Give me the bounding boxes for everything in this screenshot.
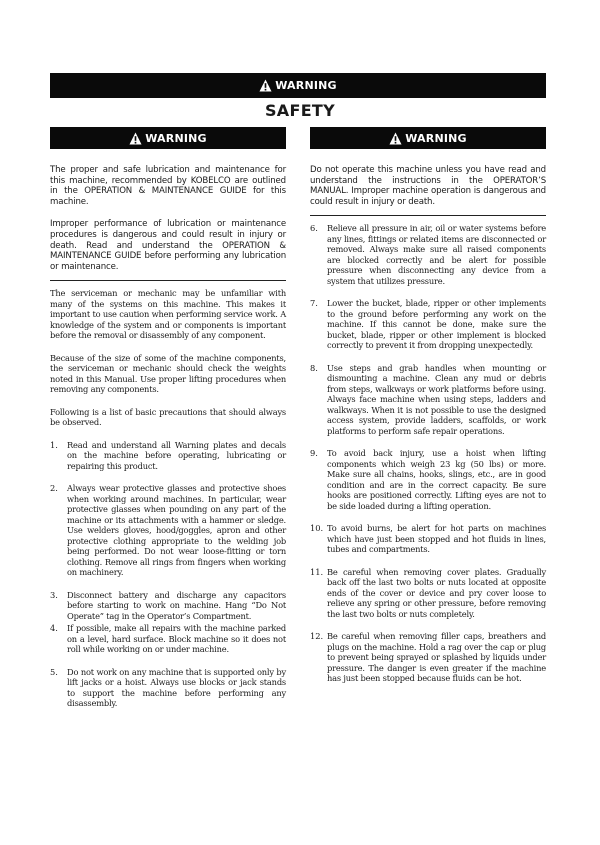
item-text: To avoid burns, be alert for hot parts o… — [327, 523, 546, 555]
precaution-item: 1. Read and understand all Warning plate… — [50, 440, 286, 472]
body-paragraph: Because of the size of some of the machi… — [50, 353, 286, 395]
item-number: 11. — [310, 567, 327, 620]
warning-label: WARNING — [145, 132, 207, 145]
warning-triangle-icon — [129, 132, 142, 145]
body-paragraph: Following is a list of basic precautions… — [50, 407, 286, 428]
precaution-item: 4. If possible, make all repairs with th… — [50, 623, 286, 655]
item-text: Be careful when removing cover plates. G… — [327, 567, 546, 620]
item-number: 8. — [310, 363, 327, 437]
divider — [50, 280, 286, 281]
precaution-item: 11. Be careful when removing cover plate… — [310, 567, 546, 620]
precaution-item: 7. Lower the bucket, blade, ripper or ot… — [310, 298, 546, 351]
warning-triangle-icon — [389, 132, 402, 145]
item-text: Relieve all pressure in air, oil or wate… — [327, 223, 546, 286]
left-column: The proper and safe lubrication and main… — [50, 165, 286, 721]
precaution-item: 10. To avoid burns, be alert for hot par… — [310, 523, 546, 555]
warning-paragraph: Improper performance of lubrication or m… — [50, 219, 286, 272]
item-number: 10. — [310, 523, 327, 555]
warning-paragraph: The proper and safe lubrication and main… — [50, 165, 286, 207]
item-number: 4. — [50, 623, 67, 655]
item-text: If possible, make all repairs with the m… — [67, 623, 286, 655]
warning-paragraph: Do not operate this machine unless you h… — [310, 165, 546, 207]
left-warning-banner: WARNING — [50, 127, 286, 149]
item-text: Be careful when removing filler caps, br… — [327, 631, 546, 684]
precaution-item: 2. Always wear protective glasses and pr… — [50, 483, 286, 578]
item-text: Use steps and grab handles when mounting… — [327, 363, 546, 437]
page-title: SAFETY — [0, 101, 600, 120]
divider — [310, 215, 546, 216]
precaution-item: 6. Relieve all pressure in air, oil or w… — [310, 223, 546, 286]
item-number: 7. — [310, 298, 327, 351]
warning-label: WARNING — [275, 79, 337, 92]
item-text: Always wear protective glasses and prote… — [67, 483, 286, 578]
item-text: Disconnect battery and discharge any cap… — [67, 590, 286, 622]
item-number: 3. — [50, 590, 67, 622]
item-number: 2. — [50, 483, 67, 578]
item-number: 1. — [50, 440, 67, 472]
top-warning-banner: WARNING — [50, 73, 546, 98]
precaution-item: 8. Use steps and grab handles when mount… — [310, 363, 546, 437]
precaution-item: 3. Disconnect battery and discharge any … — [50, 590, 286, 622]
precaution-item: 5. Do not work on any machine that is su… — [50, 667, 286, 709]
item-number: 9. — [310, 448, 327, 511]
item-number: 6. — [310, 223, 327, 286]
warning-label: WARNING — [405, 132, 467, 145]
body-paragraph: The serviceman or mechanic may be unfami… — [50, 288, 286, 341]
item-text: Lower the bucket, blade, ripper or other… — [327, 298, 546, 351]
right-warning-banner: WARNING — [310, 127, 546, 149]
item-number: 12. — [310, 631, 327, 684]
item-text: Read and understand all Warning plates a… — [67, 440, 286, 472]
right-column: Do not operate this machine unless you h… — [310, 165, 546, 696]
item-text: Do not work on any machine that is suppo… — [67, 667, 286, 709]
item-number: 5. — [50, 667, 67, 709]
item-text: To avoid back injury, use a hoist when l… — [327, 448, 546, 511]
precaution-item: 12. Be careful when removing filler caps… — [310, 631, 546, 684]
precaution-item: 9. To avoid back injury, use a hoist whe… — [310, 448, 546, 511]
warning-triangle-icon — [259, 79, 272, 92]
